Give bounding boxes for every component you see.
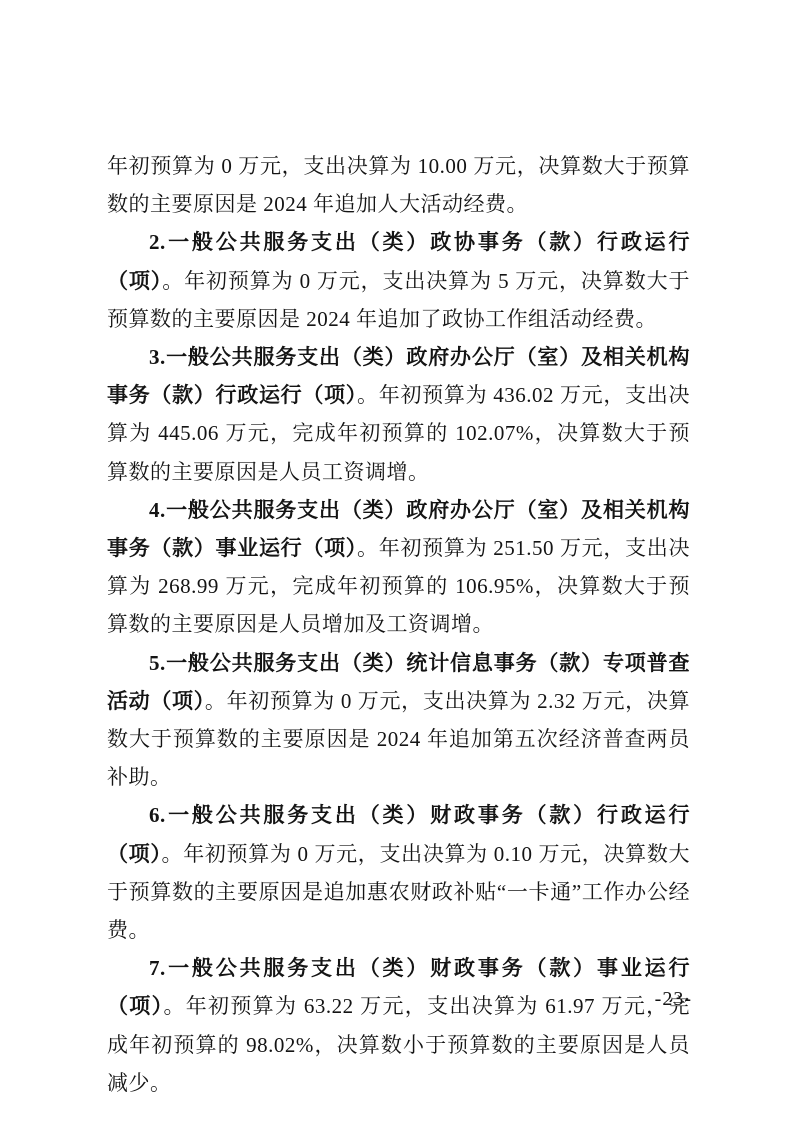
item-7-body: 。年初预算为 63.22 万元，支出决算为 61.97 万元，完成年初预算的 9… (107, 994, 690, 1094)
item-6-body: 。年初预算为 0 万元，支出决算为 0.10 万元，决算数大于预算数的主要原因是… (107, 842, 690, 942)
budget-item-7: 7.一般公共服务支出（类）财政事务（款）事业运行（项）。年初预算为 63.22 … (107, 949, 690, 1102)
document-body: 年初预算为 0 万元，支出决算为 10.00 万元，决算数大于预算数的主要原因是… (107, 147, 690, 1102)
page-number: -23- (655, 988, 692, 1011)
budget-item-6: 6.一般公共服务支出（类）财政事务（款）行政运行（项）。年初预算为 0 万元，支… (107, 796, 690, 949)
paragraph-continuation: 年初预算为 0 万元，支出决算为 10.00 万元，决算数大于预算数的主要原因是… (107, 147, 690, 223)
budget-item-3: 3.一般公共服务支出（类）政府办公厅（室）及相关机构事务（款）行政运行（项）。年… (107, 338, 690, 491)
document-page: 年初预算为 0 万元，支出决算为 10.00 万元，决算数大于预算数的主要原因是… (0, 0, 793, 1122)
budget-item-5: 5.一般公共服务支出（类）统计信息事务（款）专项普查活动（项）。年初预算为 0 … (107, 644, 690, 797)
budget-item-2: 2.一般公共服务支出（类）政协事务（款）行政运行（项）。年初预算为 0 万元，支… (107, 223, 690, 338)
item-2-body: 。年初预算为 0 万元，支出决算为 5 万元，决算数大于预算数的主要原因是 20… (107, 269, 690, 331)
budget-item-4: 4.一般公共服务支出（类）政府办公厅（室）及相关机构事务（款）事业运行（项）。年… (107, 491, 690, 644)
